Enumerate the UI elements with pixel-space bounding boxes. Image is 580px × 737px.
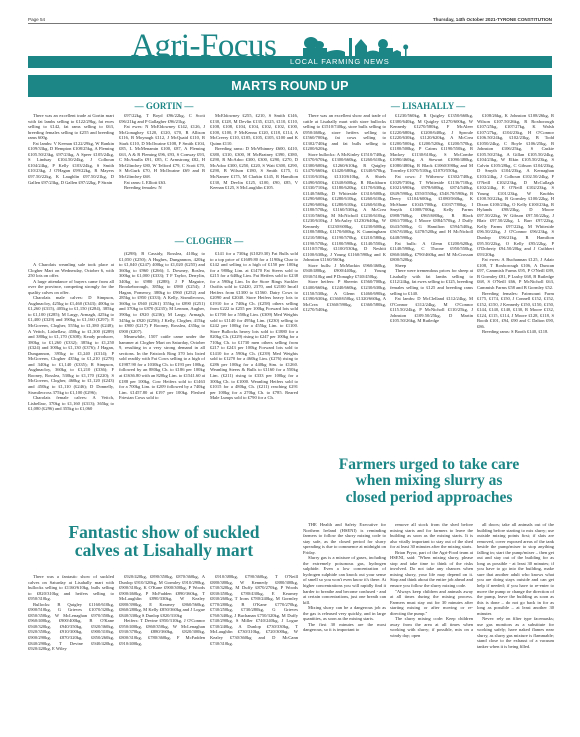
masthead: Agri-Focus LOCAL FARMING NEWS xyxy=(28,26,552,72)
paragraph: There was a fantastic show of suckled ca… xyxy=(28,574,114,602)
paragraph: There were tremendous prices for sheep a… xyxy=(390,268,473,296)
paragraph: THE Health and Safety Executive for Nort… xyxy=(303,522,386,555)
paragraph: Store bulls: J McMackin £960/460kg, £940… xyxy=(303,263,386,280)
paragraph: £920/420kg, £890/350kg, £870/360kg, A Du… xyxy=(119,574,205,618)
paragraph: Brian Pryor, part of the Agri-Food team … xyxy=(390,550,473,589)
paragraph: Charolais female calves: A Veitch, Lisbe… xyxy=(28,395,114,412)
suckled-col-3: £910/380kg, £790/360kg, T O'Neill £880/3… xyxy=(210,574,298,682)
header-rule xyxy=(28,23,552,24)
slurry-col-3: all doors; take all animals out of the b… xyxy=(477,522,554,707)
paragraph: £97/22kg, T Boyd £96/22kg, C Scott £96/2… xyxy=(119,113,205,124)
paragraph: McEldowney £255, £210, S Smith £146, £13… xyxy=(210,113,298,146)
paragraph: Store heifers: P Sheerin £1560/700kg, £1… xyxy=(303,279,386,312)
page-number: Page 54 xyxy=(28,17,45,22)
paragraph: £1230/560kg, R Quigley £1350/660kg, £130… xyxy=(390,113,473,174)
paragraph: £108/26kg, K Johnston £108/26kg, R Wilso… xyxy=(477,113,554,257)
paragraph: Fat lambs: V Keenan £122/29kg, W Rankin … xyxy=(28,141,114,185)
paragraph: The slurry mixing code: Keep children aw… xyxy=(390,616,473,638)
paragraph: Fat cows: J Witherow £1302/740kg, £1029/… xyxy=(390,174,473,241)
slurry-col-1: THE Health and Safety Executive for Nort… xyxy=(303,522,386,670)
paragraph: Fat bulls: A Glenn £1200/620kg, £1140/59… xyxy=(390,241,473,263)
clogher-col-1: A Charolais weanling sale took place at … xyxy=(28,262,114,518)
farm-skyline-icon xyxy=(293,34,413,58)
gortin-col-3: McEldowney £255, £210, S Smith £146, £13… xyxy=(210,113,298,234)
paragraph: Breeding females: Fairmount Farm £175, £… xyxy=(477,291,554,330)
clogher-col-2: (£298); B Cassidy, Rosslea, 410kg to £1,… xyxy=(119,251,205,518)
suckled-calves-headline: Fantastic show of suckled calves at Lisa… xyxy=(28,523,300,560)
paragraph: The first 30 minutes are the most danger… xyxy=(303,622,386,633)
paragraph: Breeding females: N xyxy=(119,185,205,191)
headline-line: calves at Lisahally mart xyxy=(28,541,300,559)
slurry-col-2: remove all stock from the shed before mi… xyxy=(390,522,473,670)
paragraph: There was an excellent show and trade of… xyxy=(303,113,386,152)
section-banner: MARTS ROUND UP xyxy=(28,75,552,97)
paragraph: Fat ewes: A Buchannan £125, J Adair £108… xyxy=(477,257,554,290)
paragraph: remove all stock from the shed before mi… xyxy=(390,522,473,550)
paragraph: A large attendance of buyers came from a… xyxy=(28,279,114,296)
lisahally-col-2: £1230/560kg, R Quigley £1350/660kg, £130… xyxy=(390,113,473,453)
suckled-col-1: There was a fantastic show of suckled ca… xyxy=(28,574,114,682)
paragraph: Meanwhile, 1507 cattle came under the ha… xyxy=(119,334,205,401)
paragraph: Breeding rams: S Booth £140, £118. xyxy=(477,329,554,335)
paragraph: Charolais male calves: D Simpson, Aughna… xyxy=(28,295,114,395)
paragraph: Store bullocks: A McKinley £1510/740kg, … xyxy=(303,152,386,263)
paragraph: (£298); B Cassidy, Rosslea, 410kg to £1,… xyxy=(119,251,205,334)
paragraph: Slurry gas is a mixture of gases, includ… xyxy=(303,555,386,605)
clogher-heading: — CLOGHER — xyxy=(119,236,299,246)
paragraph: Breeding rams: D McWhinney £600, £410, £… xyxy=(210,146,298,190)
paragraph: Mixing slurry can be a dangerous job as … xyxy=(303,605,386,622)
gortin-col-1: There was an excellent trade at Gortin m… xyxy=(28,113,114,234)
headline-line: when mixing slurry as xyxy=(303,473,555,489)
paragraph: There was an excellent trade at Gortin m… xyxy=(28,113,114,141)
gortin-col-2: £97/22kg, T Boyd £96/22kg, C Scott £96/2… xyxy=(119,113,205,234)
headline-line: Farmers urged to take care xyxy=(303,457,555,473)
masthead-subtitle: LOCAL FARMING NEWS xyxy=(290,57,390,66)
clogher-col-3: £141 for a 730kg (£1029.30) Fat Bulls so… xyxy=(210,251,298,518)
headline-line: Fantastic show of suckled xyxy=(28,523,300,541)
paragraph: Fat lambs: D McClelland £112/24kg, M O'C… xyxy=(390,296,473,324)
lisahally-col-1: There was an excellent show and trade of… xyxy=(303,113,386,453)
paragraph: Fat ewes: N McEldowney £142, £126, J McG… xyxy=(119,124,205,179)
dateline: Thursday, 14th October 2021-TYRONE CONST… xyxy=(433,17,552,22)
gortin-heading: — GORTIN — xyxy=(28,101,300,111)
paragraph: "Always keep children and animals away a… xyxy=(390,589,473,617)
headline-line: closed period approaches xyxy=(303,490,555,506)
paragraph: Never: rely on filter type facemasks; us… xyxy=(477,616,554,649)
masthead-title: Agri-Focus xyxy=(131,26,276,66)
paragraph: all doors; take all animals out of the b… xyxy=(477,522,554,616)
paragraph: A Charolais weanling sale took place at … xyxy=(28,262,114,279)
lisahally-col-3: £108/26kg, K Johnston £108/26kg, R Wilso… xyxy=(477,113,554,453)
banner-title: MARTS ROUND UP xyxy=(231,79,348,93)
paragraph: £910/380kg, £790/360kg, T O'Neill £880/3… xyxy=(210,574,298,646)
paragraph: Heifers: T Devine £950/310kg, J O'Connor… xyxy=(119,618,205,646)
suckled-col-2: £920/420kg, £890/350kg, £870/360kg, A Du… xyxy=(119,574,205,682)
paragraph: Bullocks: B Quigley £1160/610kg, £900/51… xyxy=(28,602,114,652)
paragraph: £141 for a 730kg (£1029.30) Fat Bulls so… xyxy=(210,251,298,401)
page-header: Page 54 Thursday, 14th October 2021-TYRO… xyxy=(28,0,552,22)
lisahally-heading: — LISAHALLY — xyxy=(303,101,553,111)
slurry-headline: Farmers urged to take care when mixing s… xyxy=(303,457,555,506)
